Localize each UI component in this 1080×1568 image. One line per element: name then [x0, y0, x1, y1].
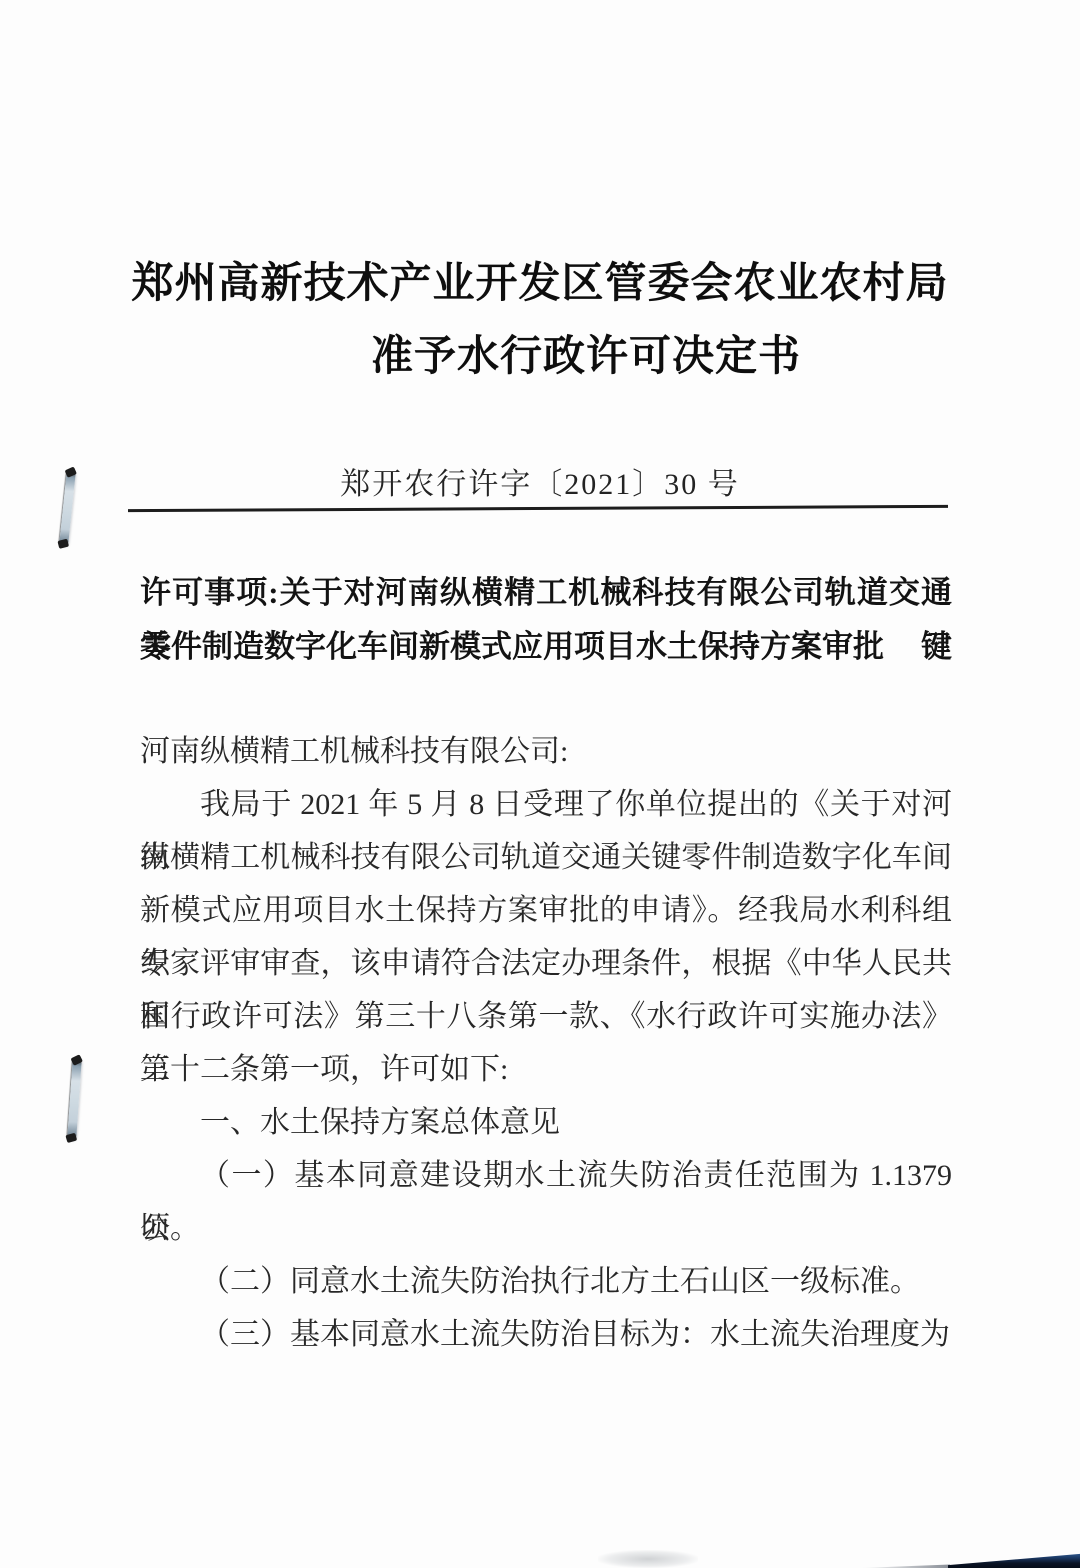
- permit-item-paragraph: 许可事项:关于对河南纵横精工机械科技有限公司轨道交通关键 零件制造数字化车间新模…: [140, 566, 952, 674]
- body-line: 专家评审审查，该申请符合法定办理条件，根据《中华人民共和: [140, 937, 952, 990]
- title-line-2: 准予水行政许可决定书: [46, 321, 1080, 394]
- body-line: 纵横精工机械科技有限公司轨道交通关键零件制造数字化车间: [140, 831, 952, 884]
- scanned-document-page: 郑州高新技术产业开发区管委会农业农村局 准予水行政许可决定书 郑开农行许字〔20…: [0, 0, 1080, 1568]
- body-line: 我局于 2021 年 5 月 8 日受理了你单位提出的《关于对河南: [140, 778, 952, 831]
- body-line-salutation: 河南纵横精工机械科技有限公司:: [140, 725, 952, 778]
- document-title: 郑州高新技术产业开发区管委会农业农村局 准予水行政许可决定书: [0, 248, 1080, 394]
- header-divider: [128, 505, 948, 512]
- scan-corner-shadow: [948, 1552, 1080, 1568]
- body-line: （二）同意水土流失防治执行北方土石山区一级标准。: [140, 1255, 952, 1308]
- scan-corner-shadow-tail: [860, 1563, 950, 1568]
- document-body: 河南纵横精工机械科技有限公司: 我局于 2021 年 5 月 8 日受理了你单位…: [140, 725, 952, 1361]
- body-line: 国行政许可法》第三十八条第一款、《水行政许可实施办法》第: [140, 990, 952, 1043]
- body-line: （三）基本同意水土流失防治目标为：水土流失治理度为: [140, 1308, 952, 1361]
- body-line: 三十二条第一项，许可如下:: [140, 1043, 952, 1096]
- document-number: 郑开农行许字〔2021〕30 号: [0, 466, 1080, 504]
- body-line-section-heading: 一、水土保持方案总体意见: [140, 1096, 952, 1149]
- title-line-1: 郑州高新技术产业开发区管委会农业农村局: [0, 248, 1080, 321]
- body-line: 新模式应用项目水土保持方案审批的申请》。经我局水利科组织: [140, 884, 952, 937]
- staple-mark-icon: [67, 1058, 82, 1140]
- permit-item-line: 零件制造数字化车间新模式应用项目水土保持方案审批: [140, 620, 952, 674]
- permit-item-line: 许可事项:关于对河南纵横精工机械科技有限公司轨道交通关键: [140, 566, 952, 620]
- scan-smudge: [598, 1550, 698, 1568]
- body-line: （一）基本同意建设期水土流失防治责任范围为 1.1379 公: [140, 1149, 952, 1202]
- body-line: 顷。: [140, 1202, 952, 1255]
